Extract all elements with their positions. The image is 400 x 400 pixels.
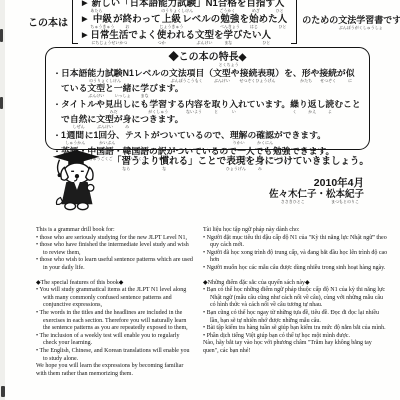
intro-bullet: • those who wish to learn useful sentenc… [36,257,194,272]
dot-bullet-icon: ・ [53,98,61,111]
intro-heading: This is a grammar drill book for: [36,227,194,235]
features-bullet: ・ タイトルや見出みだしにも学習がくしゅうする内容ないようを取とり入いれています… [53,98,362,129]
intro-bullet: • those who have finished the intermedia… [36,242,194,257]
audience-section: この本は ▶ 新あたらしい「日本語能力試験のうりょくしけん」N1合格ごうかくを目… [28,0,384,46]
intro-bullet: • Người muốn học các mẫu câu được dùng n… [203,265,388,273]
features-bullet: ・ 1週間しゅうかんに1回分かいぶん、テストがついているので、理解りかいの確認か… [53,129,362,145]
scan-edge-shadow [0,0,5,400]
audience-item: ▶ 中級ちゅうきゅうが終おわって上級じょうきゅうレベルの勉強べんきょうを始はじめ… [82,13,287,29]
features-bullet: • The inclusion of a weekly test will en… [36,333,194,348]
audience-item-text: 日常生活にちじょうせいかつでよく使つかわれる文型ぶんけいを学まなびたい人ひと [90,29,271,45]
bilingual-intro-section: This is a grammar drill book for: • thos… [36,227,388,378]
features-bullet-text: 1週間しゅうかんに1回分かいぶん、テストがついているので、理解りかいの確認かくに… [61,129,362,145]
closing-line: We hope you will learn the expressions b… [36,363,194,378]
audience-item: ▶ 日常生活にちじょうせいかつでよく使つかわれる文型ぶんけいを学まなびたい人ひと [82,29,287,45]
english-intro-column: This is a grammar drill book for: • thos… [36,227,194,378]
features-bullet: • You will study grammatical items at th… [36,287,194,310]
triangle-bullet-icon: ▶ [82,13,87,27]
triangle-bullet-icon: ▶ [82,0,87,11]
dot-bullet-icon: ・ [53,67,61,80]
features-bullet: • Bạn cũng có thể học ngay từ những tựa … [203,310,388,325]
triangle-bullet-icon: ▶ [82,29,87,43]
features-heading: ◆The special features of this book◆ [36,280,194,288]
audience-item-text: 新あたらしい「日本語能力試験のうりょくしけん」N1合格ごうかくを目指めざす人ひと [90,0,284,13]
intro-bullet: • Người đã học xong trình độ trung cấp, … [203,250,388,265]
vietnamese-intro-column: Tài liệu học tập ngữ pháp này dành cho: … [203,227,388,378]
features-bullet: • The words in the titles and the headli… [36,310,194,333]
scan-artifact [0,29,3,42]
scan-artifact [0,97,3,109]
scanned-book-page: この本は ▶ 新あたらしい「日本語能力試験のうりょくしけん」N1合格ごうかくを目… [0,0,400,400]
audience-tail: のための文法学習書ぶんぽうがくしゅうしょです。 [302,13,400,30]
dot-bullet-icon: ・ [53,129,61,142]
features-bullet-text: 日本語能力試験のうりょくしけんN1レベルの文法項目ぶんぽうこうもく（文型ぶんけい… [61,67,362,98]
features-bullet: ・ 日本語能力試験のうりょくしけんN1レベルの文法項目ぶんぽうこうもく（文型ぶん… [53,67,362,98]
author-names: 佐々木仁子ささきひとこ・松本紀子まつもとのりこ [269,188,364,204]
audience-lead: この本は [28,14,68,29]
features-bullet: • Bài tập kiểm tra hàng tuần sẽ giúp bạn… [203,325,388,333]
closing-line: Nào, hãy bắt tay vào học với phương châm… [203,340,388,355]
audience-bracket-list: ▶ 新あたらしい「日本語能力試験のうりょくしけん」N1合格ごうかくを目指めざす人… [72,0,297,46]
dog-graduate-mascot [46,149,106,213]
intro-bullet: • Người đặt mục tiêu thi đậu cấp độ N1 c… [203,235,388,250]
audience-item: ▶ 新あたらしい「日本語能力試験のうりょくしけん」N1合格ごうかくを目指めざす人… [82,0,287,13]
scan-artifact [1,386,5,397]
features-bullet: • The English, Chinese, and Korean trans… [36,348,194,363]
audience-item-text: 中級ちゅうきゅうが終おわって上級じょうきゅうレベルの勉強べんきょうを始はじめた人… [90,13,287,29]
features-bullet-text: タイトルや見出みだしにも学習がくしゅうする内容ないようを取とり入いれています。繰… [61,98,362,129]
intro-heading: Tài liệu học tập ngữ pháp này dành cho: [203,227,388,235]
features-title: ◆この本の特長とくちょう◆ [53,51,362,67]
features-box: ◆この本の特長とくちょう◆ ・ 日本語能力試験のうりょくしけんN1レベルの文法項… [45,47,370,150]
preface-message: 「習ならうより慣なれる」ことで表現ひょうげんを身みにつけていきましょう。 [112,155,369,171]
features-bullet: • Bạn có thể học những điểm ngữ pháp thu… [203,287,388,310]
